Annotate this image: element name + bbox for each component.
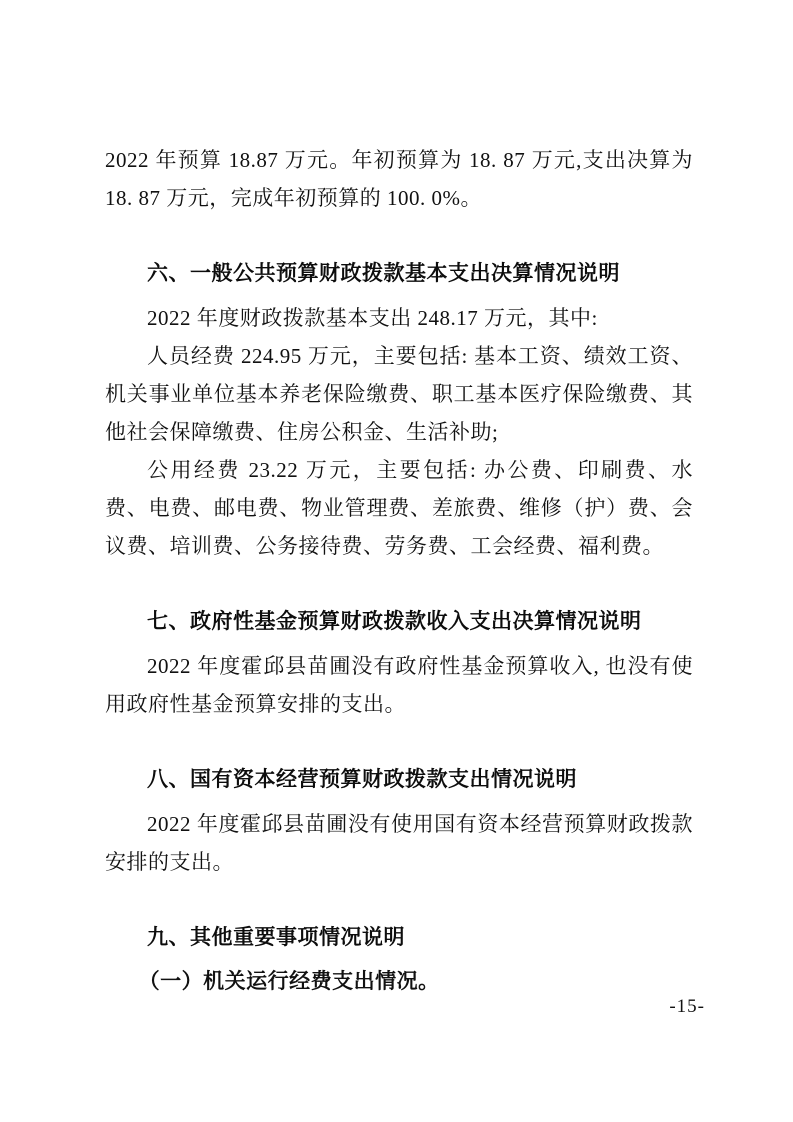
section-9: 九、其他重要事项情况说明 （一）机关运行经费支出情况。	[105, 919, 693, 1001]
section-8: 八、国有资本经营预算财政拨款支出情况说明 2022 年度霍邱县苗圃没有使用国有资…	[105, 761, 693, 881]
section-7-paragraph: 2022 年度霍邱县苗圃没有政府性基金预算收入, 也没有使用政府性基金预算安排的…	[105, 647, 693, 723]
section-7-heading: 七、政府性基金预算财政拨款收入支出决算情况说明	[105, 603, 693, 641]
section-6-paragraph-personnel: 人员经费 224.95 万元，主要包括: 基本工资、绩效工资、机关事业单位基本养…	[105, 337, 693, 451]
section-8-paragraph: 2022 年度霍邱县苗圃没有使用国有资本经营预算财政拨款安排的支出。	[105, 805, 693, 881]
section-6-paragraph-public-funds: 公用经费 23.22 万元，主要包括: 办公费、印刷费、水费、电费、邮电费、物业…	[105, 451, 693, 565]
section-6-heading: 六、一般公共预算财政拨款基本支出决算情况说明	[105, 255, 693, 293]
section-9-subheading: （一）机关运行经费支出情况。	[105, 963, 693, 1001]
section-8-heading: 八、国有资本经营预算财政拨款支出情况说明	[105, 761, 693, 799]
section-7: 七、政府性基金预算财政拨款收入支出决算情况说明 2022 年度霍邱县苗圃没有政府…	[105, 603, 693, 723]
paragraph-budget-continuation: 2022 年预算 18.87 万元。年初预算为 18. 87 万元,支出决算为 …	[105, 141, 693, 217]
section-6: 六、一般公共预算财政拨款基本支出决算情况说明 2022 年度财政拨款基本支出 2…	[105, 255, 693, 565]
section-6-paragraph-total: 2022 年度财政拨款基本支出 248.17 万元，其中:	[105, 299, 693, 337]
page-number: -15-	[669, 988, 705, 1026]
document-page: 2022 年预算 18.87 万元。年初预算为 18. 87 万元,支出决算为 …	[0, 0, 793, 1122]
document-content: 2022 年预算 18.87 万元。年初预算为 18. 87 万元,支出决算为 …	[105, 141, 693, 1001]
section-9-heading: 九、其他重要事项情况说明	[105, 919, 693, 957]
